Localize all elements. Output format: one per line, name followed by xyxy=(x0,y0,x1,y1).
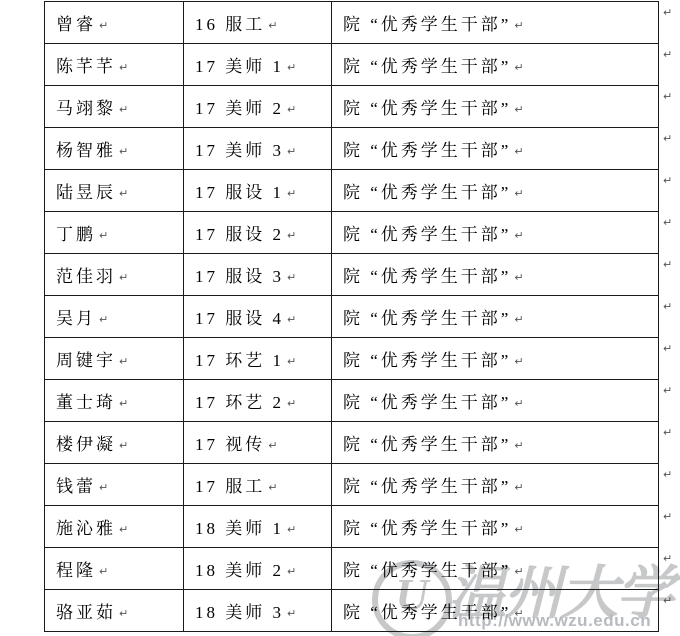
class-cell: 17 环艺 1↵ xyxy=(184,338,332,380)
paragraph-mark-icon: ↵ xyxy=(663,254,672,271)
class-cell: 17 服设 4↵ xyxy=(184,296,332,338)
paragraph-mark-icon: ↵ xyxy=(119,103,128,116)
student-name: 杨智雅 xyxy=(56,141,116,160)
student-name-cell: 钱蕾↵ xyxy=(45,464,184,506)
student-name: 钱蕾 xyxy=(56,477,96,496)
paragraph-mark-icon: ↵ xyxy=(663,128,672,145)
award-text: 院 “优秀学生干部” xyxy=(343,603,511,622)
paragraph-mark-icon: ↵ xyxy=(99,313,108,326)
row-end-mark: ↵ xyxy=(663,422,672,464)
award-cell: 院 “优秀学生干部”↵ xyxy=(332,44,659,86)
paragraph-mark-icon: ↵ xyxy=(287,61,296,74)
class-cell: 17 美师 1↵ xyxy=(184,44,332,86)
table-row: 周键宇↵ 17 环艺 1↵ 院 “优秀学生干部”↵ xyxy=(45,338,659,380)
award-cell: 院 “优秀学生干部”↵ xyxy=(332,254,659,296)
student-name-cell: 程隆↵ xyxy=(45,548,184,590)
class-cell: 17 美师 2↵ xyxy=(184,86,332,128)
student-name-cell: 周键宇↵ xyxy=(45,338,184,380)
student-name-cell: 董士琦↵ xyxy=(45,380,184,422)
paragraph-mark-icon: ↵ xyxy=(514,271,523,284)
award-text: 院 “优秀学生干部” xyxy=(343,309,511,328)
paragraph-mark-icon: ↵ xyxy=(119,61,128,74)
class-cell: 17 美师 3↵ xyxy=(184,128,332,170)
award-cell: 院 “优秀学生干部”↵ xyxy=(332,590,659,632)
student-name-cell: 范佳羽↵ xyxy=(45,254,184,296)
paragraph-mark-icon: ↵ xyxy=(514,103,523,116)
paragraph-mark-icon: ↵ xyxy=(119,607,128,620)
row-end-mark: ↵ xyxy=(663,380,672,422)
class-name: 17 服设 3 xyxy=(195,267,284,286)
paragraph-mark-icon: ↵ xyxy=(514,397,523,410)
student-name-cell: 骆亚茹↵ xyxy=(45,590,184,632)
table-row: 钱蕾↵ 17 服工↵ 院 “优秀学生干部”↵ xyxy=(45,464,659,506)
paragraph-mark-icon: ↵ xyxy=(514,439,523,452)
table-row: 骆亚茹↵ 18 美师 3↵ 院 “优秀学生干部”↵ xyxy=(45,590,659,632)
award-text: 院 “优秀学生干部” xyxy=(343,267,511,286)
table-row: 杨智雅↵ 17 美师 3↵ 院 “优秀学生干部”↵ xyxy=(45,128,659,170)
table-row: 程隆↵ 18 美师 2↵ 院 “优秀学生干部”↵ xyxy=(45,548,659,590)
class-name: 17 美师 2 xyxy=(195,99,284,118)
paragraph-mark-icon: ↵ xyxy=(514,355,523,368)
paragraph-mark-icon: ↵ xyxy=(287,103,296,116)
award-cell: 院 “优秀学生干部”↵ xyxy=(332,464,659,506)
student-name: 楼伊凝 xyxy=(56,435,116,454)
class-cell: 17 视传↵ xyxy=(184,422,332,464)
class-name: 18 美师 1 xyxy=(195,519,284,538)
class-cell: 17 环艺 2↵ xyxy=(184,380,332,422)
paragraph-mark-icon: ↵ xyxy=(663,464,672,481)
paragraph-mark-icon: ↵ xyxy=(514,187,523,200)
award-text: 院 “优秀学生干部” xyxy=(343,183,511,202)
award-text: 院 “优秀学生干部” xyxy=(343,435,511,454)
row-end-mark: ↵ xyxy=(663,170,672,212)
student-name: 骆亚茹 xyxy=(56,603,116,622)
paragraph-mark-icon: ↵ xyxy=(119,187,128,200)
paragraph-mark-icon: ↵ xyxy=(663,506,672,523)
row-end-mark: ↵ xyxy=(663,2,672,44)
row-end-mark: ↵ xyxy=(663,128,672,170)
awards-table-container: 曾睿↵ 16 服工↵ 院 “优秀学生干部”↵ 陈芊芊↵ 17 美师 1↵ 院 “… xyxy=(44,1,659,632)
class-cell: 17 服设 2↵ xyxy=(184,212,332,254)
paragraph-mark-icon: ↵ xyxy=(514,565,523,578)
paragraph-mark-icon: ↵ xyxy=(99,481,108,494)
award-cell: 院 “优秀学生干部”↵ xyxy=(332,548,659,590)
class-name: 17 服设 2 xyxy=(195,225,284,244)
paragraph-mark-icon: ↵ xyxy=(663,548,672,565)
paragraph-mark-icon: ↵ xyxy=(287,397,296,410)
document-page: U 温州大学 http://www.wzu.edu.cn 曾睿↵ 16 服工↵ … xyxy=(0,0,680,636)
table-row: 陆昱辰↵ 17 服设 1↵ 院 “优秀学生干部”↵ xyxy=(45,170,659,212)
award-cell: 院 “优秀学生干部”↵ xyxy=(332,2,659,44)
paragraph-mark-icon: ↵ xyxy=(514,145,523,158)
row-end-mark: ↵ xyxy=(663,506,672,548)
award-text: 院 “优秀学生干部” xyxy=(343,57,511,76)
table-row: 马翊黎↵ 17 美师 2↵ 院 “优秀学生干部”↵ xyxy=(45,86,659,128)
paragraph-mark-icon: ↵ xyxy=(514,61,523,74)
paragraph-mark-icon: ↵ xyxy=(514,229,523,242)
awards-table: 曾睿↵ 16 服工↵ 院 “优秀学生干部”↵ 陈芊芊↵ 17 美师 1↵ 院 “… xyxy=(44,1,659,632)
student-name: 施沁雅 xyxy=(56,519,116,538)
student-name: 陆昱辰 xyxy=(56,183,116,202)
row-end-marks: ↵↵↵↵↵↵↵↵↵↵↵↵↵↵↵ xyxy=(663,2,672,632)
class-cell: 18 美师 1↵ xyxy=(184,506,332,548)
class-name: 18 美师 3 xyxy=(195,603,284,622)
row-end-mark: ↵ xyxy=(663,548,672,590)
paragraph-mark-icon: ↵ xyxy=(663,296,672,313)
row-end-mark: ↵ xyxy=(663,86,672,128)
paragraph-mark-icon: ↵ xyxy=(663,212,672,229)
table-row: 吴月↵ 17 服设 4↵ 院 “优秀学生干部”↵ xyxy=(45,296,659,338)
paragraph-mark-icon: ↵ xyxy=(514,523,523,536)
class-name: 17 服工 xyxy=(195,477,265,496)
student-name: 范佳羽 xyxy=(56,267,116,286)
class-name: 17 服设 4 xyxy=(195,309,284,328)
paragraph-mark-icon: ↵ xyxy=(514,313,523,326)
award-cell: 院 “优秀学生干部”↵ xyxy=(332,170,659,212)
paragraph-mark-icon: ↵ xyxy=(99,229,108,242)
row-end-mark: ↵ xyxy=(663,44,672,86)
class-name: 17 环艺 1 xyxy=(195,351,284,370)
row-end-mark: ↵ xyxy=(663,338,672,380)
paragraph-mark-icon: ↵ xyxy=(663,44,672,61)
table-row: 范佳羽↵ 17 服设 3↵ 院 “优秀学生干部”↵ xyxy=(45,254,659,296)
class-name: 16 服工 xyxy=(195,15,265,34)
award-text: 院 “优秀学生干部” xyxy=(343,351,511,370)
class-cell: 17 服设 3↵ xyxy=(184,254,332,296)
paragraph-mark-icon: ↵ xyxy=(514,481,523,494)
student-name: 程隆 xyxy=(56,561,96,580)
paragraph-mark-icon: ↵ xyxy=(663,86,672,103)
paragraph-mark-icon: ↵ xyxy=(287,355,296,368)
award-text: 院 “优秀学生干部” xyxy=(343,561,511,580)
award-text: 院 “优秀学生干部” xyxy=(343,141,511,160)
award-cell: 院 “优秀学生干部”↵ xyxy=(332,128,659,170)
award-text: 院 “优秀学生干部” xyxy=(343,519,511,538)
award-cell: 院 “优秀学生干部”↵ xyxy=(332,296,659,338)
student-name-cell: 陈芊芊↵ xyxy=(45,44,184,86)
paragraph-mark-icon: ↵ xyxy=(663,590,672,607)
student-name: 马翊黎 xyxy=(56,99,116,118)
paragraph-mark-icon: ↵ xyxy=(287,565,296,578)
row-end-mark: ↵ xyxy=(663,590,672,632)
row-end-mark: ↵ xyxy=(663,296,672,338)
paragraph-mark-icon: ↵ xyxy=(99,565,108,578)
paragraph-mark-icon: ↵ xyxy=(268,439,277,452)
student-name-cell: 马翊黎↵ xyxy=(45,86,184,128)
class-cell: 18 美师 3↵ xyxy=(184,590,332,632)
paragraph-mark-icon: ↵ xyxy=(119,271,128,284)
class-name: 17 服设 1 xyxy=(195,183,284,202)
award-cell: 院 “优秀学生干部”↵ xyxy=(332,506,659,548)
class-name: 17 环艺 2 xyxy=(195,393,284,412)
paragraph-mark-icon: ↵ xyxy=(287,271,296,284)
student-name-cell: 楼伊凝↵ xyxy=(45,422,184,464)
award-cell: 院 “优秀学生干部”↵ xyxy=(332,212,659,254)
table-row: 丁鹏↵ 17 服设 2↵ 院 “优秀学生干部”↵ xyxy=(45,212,659,254)
paragraph-mark-icon: ↵ xyxy=(287,145,296,158)
paragraph-mark-icon: ↵ xyxy=(287,607,296,620)
award-text: 院 “优秀学生干部” xyxy=(343,15,511,34)
paragraph-mark-icon: ↵ xyxy=(663,2,672,19)
student-name: 董士琦 xyxy=(56,393,116,412)
award-cell: 院 “优秀学生干部”↵ xyxy=(332,86,659,128)
row-end-mark: ↵ xyxy=(663,464,672,506)
student-name: 周键宇 xyxy=(56,351,116,370)
award-cell: 院 “优秀学生干部”↵ xyxy=(332,338,659,380)
row-end-mark: ↵ xyxy=(663,254,672,296)
class-name: 17 美师 3 xyxy=(195,141,284,160)
class-cell: 18 美师 2↵ xyxy=(184,548,332,590)
table-row: 曾睿↵ 16 服工↵ 院 “优秀学生干部”↵ xyxy=(45,2,659,44)
award-text: 院 “优秀学生干部” xyxy=(343,225,511,244)
student-name-cell: 吴月↵ xyxy=(45,296,184,338)
paragraph-mark-icon: ↵ xyxy=(119,439,128,452)
student-name: 陈芊芊 xyxy=(56,57,116,76)
paragraph-mark-icon: ↵ xyxy=(268,19,277,32)
table-row: 董士琦↵ 17 环艺 2↵ 院 “优秀学生干部”↵ xyxy=(45,380,659,422)
class-name: 18 美师 2 xyxy=(195,561,284,580)
paragraph-mark-icon: ↵ xyxy=(99,19,108,32)
paragraph-mark-icon: ↵ xyxy=(514,19,523,32)
class-cell: 17 服设 1↵ xyxy=(184,170,332,212)
paragraph-mark-icon: ↵ xyxy=(663,380,672,397)
award-text: 院 “优秀学生干部” xyxy=(343,99,511,118)
paragraph-mark-icon: ↵ xyxy=(663,422,672,439)
student-name-cell: 曾睿↵ xyxy=(45,2,184,44)
student-name: 吴月 xyxy=(56,309,96,328)
table-row: 楼伊凝↵ 17 视传↵ 院 “优秀学生干部”↵ xyxy=(45,422,659,464)
paragraph-mark-icon: ↵ xyxy=(287,523,296,536)
student-name: 曾睿 xyxy=(56,15,96,34)
student-name-cell: 丁鹏↵ xyxy=(45,212,184,254)
paragraph-mark-icon: ↵ xyxy=(287,229,296,242)
student-name: 丁鹏 xyxy=(56,225,96,244)
table-row: 施沁雅↵ 18 美师 1↵ 院 “优秀学生干部”↵ xyxy=(45,506,659,548)
table-row: 陈芊芊↵ 17 美师 1↵ 院 “优秀学生干部”↵ xyxy=(45,44,659,86)
class-cell: 16 服工↵ xyxy=(184,2,332,44)
award-cell: 院 “优秀学生干部”↵ xyxy=(332,380,659,422)
paragraph-mark-icon: ↵ xyxy=(119,523,128,536)
class-cell: 17 服工↵ xyxy=(184,464,332,506)
student-name-cell: 施沁雅↵ xyxy=(45,506,184,548)
paragraph-mark-icon: ↵ xyxy=(119,355,128,368)
award-text: 院 “优秀学生干部” xyxy=(343,477,511,496)
paragraph-mark-icon: ↵ xyxy=(663,338,672,355)
award-cell: 院 “优秀学生干部”↵ xyxy=(332,422,659,464)
student-name-cell: 陆昱辰↵ xyxy=(45,170,184,212)
row-end-mark: ↵ xyxy=(663,212,672,254)
paragraph-mark-icon: ↵ xyxy=(287,313,296,326)
paragraph-mark-icon: ↵ xyxy=(268,481,277,494)
class-name: 17 视传 xyxy=(195,435,265,454)
class-name: 17 美师 1 xyxy=(195,57,284,76)
paragraph-mark-icon: ↵ xyxy=(119,145,128,158)
paragraph-mark-icon: ↵ xyxy=(287,187,296,200)
award-text: 院 “优秀学生干部” xyxy=(343,393,511,412)
student-name-cell: 杨智雅↵ xyxy=(45,128,184,170)
paragraph-mark-icon: ↵ xyxy=(514,607,523,620)
paragraph-mark-icon: ↵ xyxy=(119,397,128,410)
paragraph-mark-icon: ↵ xyxy=(663,170,672,187)
